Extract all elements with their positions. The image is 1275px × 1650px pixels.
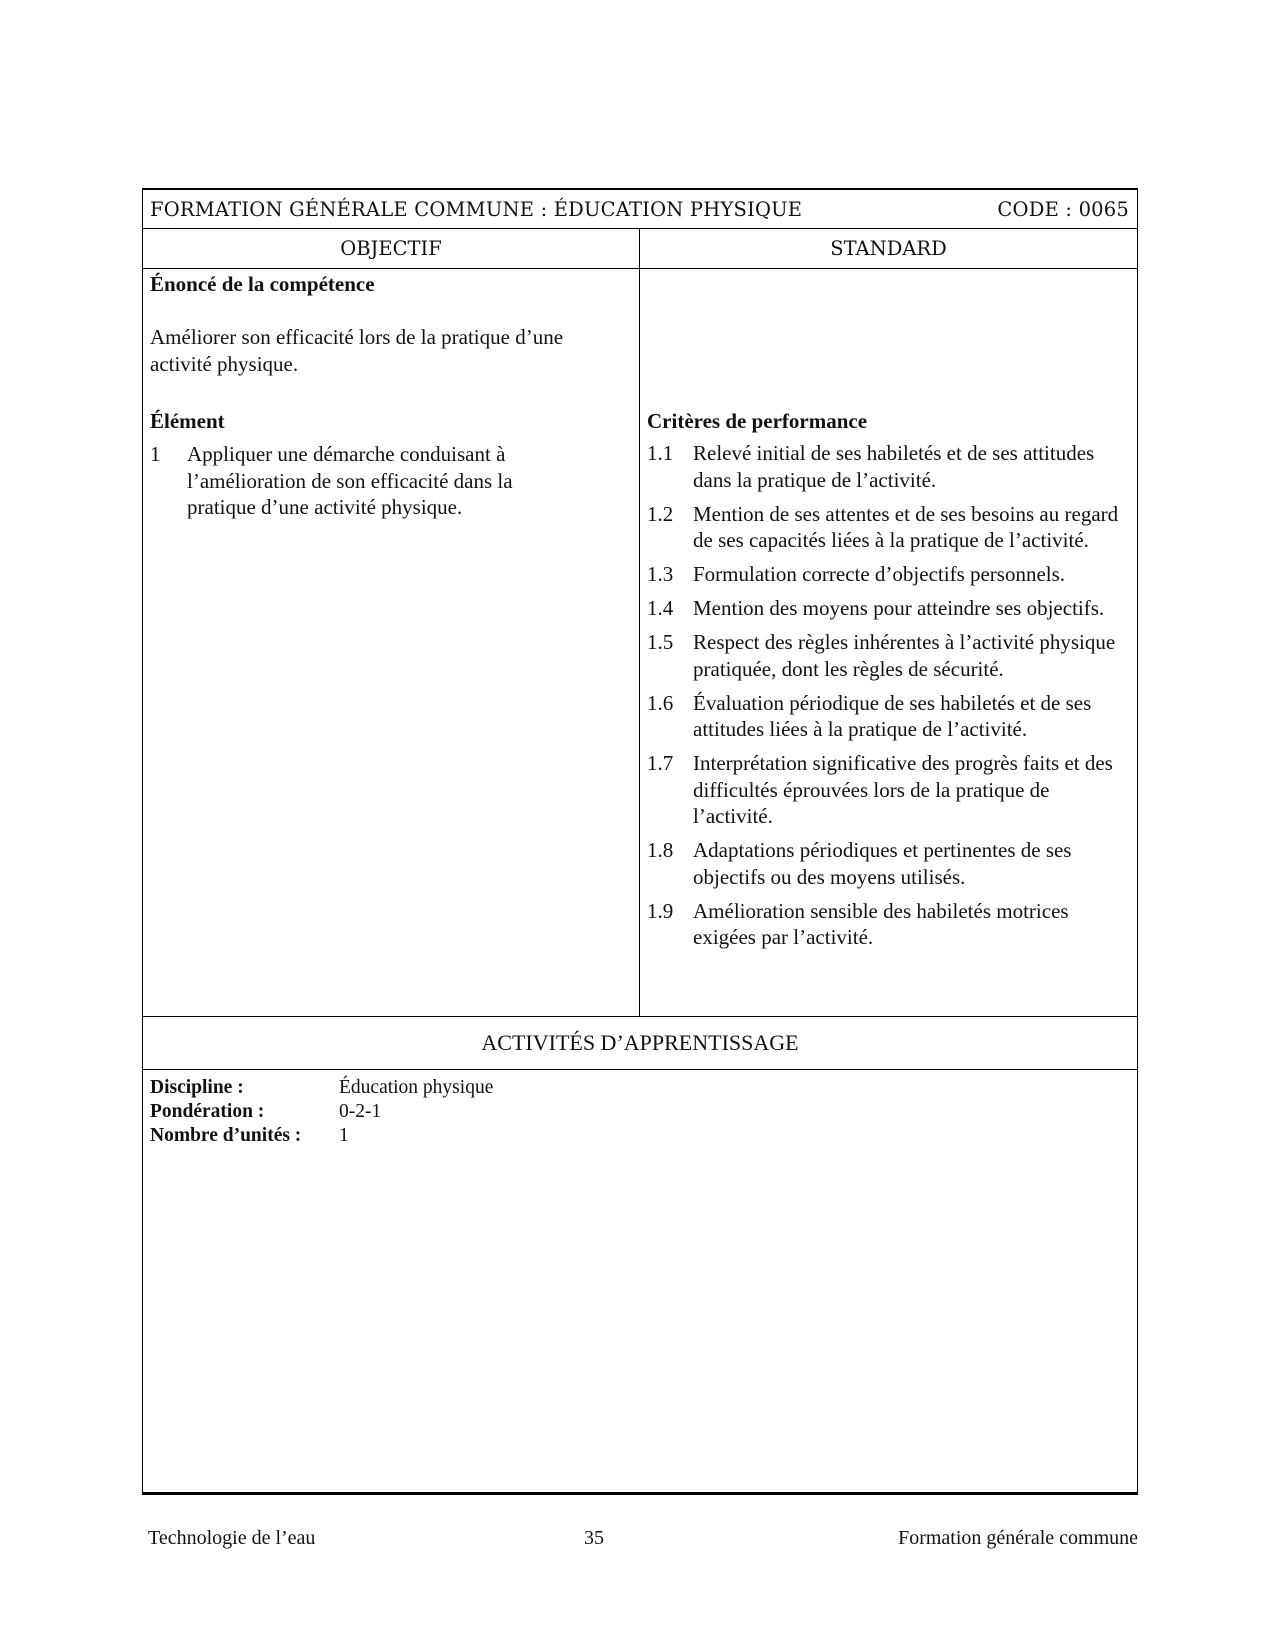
element-heading: Élément bbox=[150, 409, 225, 434]
info-label: Discipline : bbox=[150, 1076, 339, 1100]
criterion-number: 1.8 bbox=[647, 837, 693, 890]
criterion-text: Respect des règles inhérentes à l’activi… bbox=[693, 629, 1131, 682]
info-value: 0-2-1 bbox=[339, 1100, 381, 1124]
page-footer: Technologie de l’eau 35 Formation généra… bbox=[148, 1527, 1138, 1557]
criterion-number: 1.3 bbox=[647, 561, 693, 588]
objectif-cell: Énoncé de la compétence Améliorer son ef… bbox=[143, 268, 640, 1016]
criterion-number: 1.1 bbox=[647, 440, 693, 493]
element-text: Appliquer une démarche conduisant à l’am… bbox=[187, 441, 570, 521]
objectif-column-header: OBJECTIF bbox=[143, 228, 640, 268]
criterion-text: Adaptations périodiques et pertinentes d… bbox=[693, 837, 1131, 890]
footer-program: Technologie de l’eau bbox=[148, 1527, 315, 1550]
enonce-text: Améliorer son efficacité lors de la prat… bbox=[150, 324, 610, 377]
table-title-row: FORMATION GÉNÉRALE COMMUNE : ÉDUCATION P… bbox=[143, 190, 1137, 229]
criterion-text: Interprétation significative des progrès… bbox=[693, 750, 1131, 830]
course-code: CODE : 0065 bbox=[997, 198, 1129, 221]
criterion-number: 1.2 bbox=[647, 501, 693, 554]
standard-cell: Critères de performance 1.1 Relevé initi… bbox=[640, 268, 1137, 1016]
criterion-item: 1.2 Mention de ses attentes et de ses be… bbox=[647, 501, 1131, 554]
criterion-item: 1.8 Adaptations périodiques et pertinent… bbox=[647, 837, 1131, 890]
activites-heading-row: ACTIVITÉS D’APPRENTISSAGE bbox=[143, 1016, 1137, 1070]
criterion-number: 1.6 bbox=[647, 690, 693, 743]
info-nombre-unites: Nombre d’unités : 1 bbox=[150, 1124, 1137, 1148]
criterion-item: 1.5 Respect des règles inhérentes à l’ac… bbox=[647, 629, 1131, 682]
page-number: 35 bbox=[584, 1527, 604, 1550]
info-discipline: Discipline : Éducation physique bbox=[150, 1076, 1137, 1100]
document-page: FORMATION GÉNÉRALE COMMUNE : ÉDUCATION P… bbox=[0, 0, 1275, 1650]
info-label: Pondération : bbox=[150, 1100, 339, 1124]
criterion-item: 1.3 Formulation correcte d’objectifs per… bbox=[647, 561, 1131, 588]
criterion-text: Mention des moyens pour atteindre ses ob… bbox=[693, 595, 1131, 622]
criterion-item: 1.6 Évaluation périodique de ses habilet… bbox=[647, 690, 1131, 743]
element-number: 1 bbox=[150, 441, 187, 521]
footer-section: Formation générale commune bbox=[898, 1527, 1138, 1550]
standard-column-header: STANDARD bbox=[640, 228, 1137, 268]
criterion-text: Amélioration sensible des habiletés motr… bbox=[693, 898, 1131, 951]
competency-body-row: Énoncé de la compétence Améliorer son ef… bbox=[143, 268, 1137, 1017]
criterion-text: Relevé initial de ses habiletés et de se… bbox=[693, 440, 1131, 493]
info-value: Éducation physique bbox=[339, 1076, 493, 1100]
criterion-number: 1.4 bbox=[647, 595, 693, 622]
criterion-number: 1.7 bbox=[647, 750, 693, 830]
activites-heading: ACTIVITÉS D’APPRENTISSAGE bbox=[481, 1030, 798, 1056]
element-item: 1 Appliquer une démarche conduisant à l’… bbox=[150, 441, 570, 521]
criterion-text: Mention de ses attentes et de ses besoin… bbox=[693, 501, 1131, 554]
enonce-heading: Énoncé de la compétence bbox=[150, 272, 375, 297]
criterion-item: 1.7 Interprétation significative des pro… bbox=[647, 750, 1131, 830]
criterion-item: 1.9 Amélioration sensible des habiletés … bbox=[647, 898, 1131, 951]
criterion-number: 1.9 bbox=[647, 898, 693, 951]
criterion-text: Formulation correcte d’objectifs personn… bbox=[693, 561, 1131, 588]
criterion-text: Évaluation périodique de ses habiletés e… bbox=[693, 690, 1131, 743]
criteria-list: 1.1 Relevé initial de ses habiletés et d… bbox=[647, 440, 1131, 958]
criteria-heading: Critères de performance bbox=[647, 409, 867, 434]
column-header-row: OBJECTIF STANDARD bbox=[143, 228, 1137, 269]
competency-table: FORMATION GÉNÉRALE COMMUNE : ÉDUCATION P… bbox=[142, 188, 1138, 1495]
info-ponderation: Pondération : 0-2-1 bbox=[150, 1100, 1137, 1124]
activites-info: Discipline : Éducation physique Pondérat… bbox=[150, 1076, 1137, 1148]
course-title: FORMATION GÉNÉRALE COMMUNE : ÉDUCATION P… bbox=[150, 198, 802, 221]
info-label: Nombre d’unités : bbox=[150, 1124, 339, 1148]
criterion-number: 1.5 bbox=[647, 629, 693, 682]
info-value: 1 bbox=[339, 1124, 349, 1148]
criterion-item: 1.1 Relevé initial de ses habiletés et d… bbox=[647, 440, 1131, 493]
criterion-item: 1.4 Mention des moyens pour atteindre se… bbox=[647, 595, 1131, 622]
